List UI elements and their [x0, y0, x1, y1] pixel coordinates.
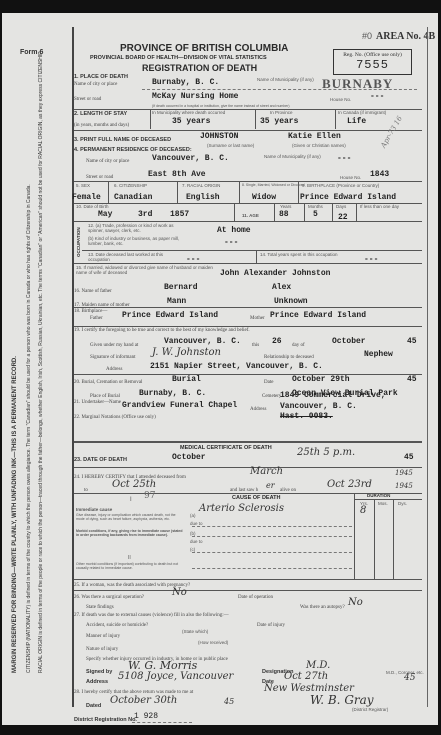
divider [150, 109, 151, 129]
citizenship-note: CITIZENSHIP (NATIONALITY) is defined in … [26, 184, 32, 673]
surname-label: (Surname or last name) [207, 143, 254, 148]
divider [177, 181, 178, 203]
q27-label: 27. If death was due to external causes … [74, 613, 229, 618]
sex-label: 5. SEX [76, 183, 90, 188]
divider [74, 590, 422, 591]
res-house-label: House No. [340, 175, 361, 180]
burial-type: Burial [172, 375, 201, 384]
autopsy-value: No [348, 597, 363, 608]
age-label: 11. AGE [242, 213, 259, 218]
day-of-label: day of [292, 343, 305, 348]
death-month: October [172, 453, 206, 462]
spouse-name: John Alexander Johnston [220, 269, 330, 278]
section-i: I [130, 497, 132, 503]
line-a-prefix: (a) [190, 513, 196, 518]
birthplace-value: Prince Edward Island [300, 193, 396, 202]
age-years-label: Years [280, 204, 291, 209]
alive-on: Oct 23rd [327, 479, 372, 490]
duration-title: DURATION [367, 493, 390, 498]
trade-value: At home [217, 226, 251, 235]
undertaker-address1: 1849 Commercial Drive, [280, 391, 386, 400]
certifier-address: 5108 Joyce, Vancouver [118, 671, 233, 682]
stay-province: 35 years [260, 117, 298, 126]
marginal-label: 22. Marginal Notations (Office use only) [74, 415, 156, 420]
autopsy-label: Was there an autopsy? [300, 605, 345, 610]
district-no-value: 1 928 [134, 712, 158, 721]
q26-value: No [172, 587, 187, 598]
burial-place-label: Place of Burial [90, 394, 120, 399]
other-label: Other morbid conditions (if important) c… [76, 562, 184, 570]
right-border [427, 27, 428, 707]
mother-birthplace: Prince Edward Island [270, 311, 366, 320]
registrar-signature: W. B. Gray [310, 693, 374, 707]
signed-by-label: Signed by [86, 669, 112, 675]
divider [234, 203, 235, 221]
lt-day-label: If less than one day [360, 204, 399, 209]
divider [74, 263, 422, 264]
dur-mos-label: Mos. [378, 501, 388, 506]
undertaker-name: Grandview Funeral Chapel [122, 401, 237, 410]
place-street: McKay Nursing Home [152, 92, 238, 101]
divider [298, 181, 299, 203]
divider [74, 579, 422, 580]
citizenship-label: 6. CITIZENSHIP [114, 183, 147, 188]
divider [393, 499, 394, 579]
age-days-label: Days [336, 204, 346, 209]
house-label: House No. [330, 97, 351, 102]
given-at-label: Given under my hand at [90, 343, 138, 348]
undertaker-address2: Vancouver, B. C. [280, 402, 357, 411]
relationship-value: Nephew [364, 350, 393, 359]
divider [256, 250, 257, 263]
stay-municipality: 35 years [172, 117, 210, 126]
divider [74, 130, 422, 131]
marital-value: Widow [252, 193, 276, 202]
mother-given: Unknown [274, 297, 308, 306]
street-label: Street or road [74, 97, 101, 102]
last-seen-suffix: er [266, 481, 275, 490]
dated-value: October 30th [110, 695, 177, 706]
informant-place: Vancouver, B. C. [164, 337, 241, 346]
burial-date: October 29th [292, 375, 350, 384]
stay-sub-label: (in years, months and days) [74, 123, 129, 128]
divider [354, 499, 422, 500]
divider [74, 467, 422, 468]
section-ii: II [128, 555, 131, 561]
divider [74, 181, 422, 182]
certifier-date: Oct 27th [284, 671, 328, 682]
death-registration-form: MARGIN RESERVED FOR BINDING—WRITE PLAINL… [2, 13, 438, 725]
mother-bp-label: Mother [250, 316, 265, 321]
municipality-label: Name of Municipality (if any) [257, 77, 314, 82]
alive-year: 1945 [395, 482, 413, 490]
attend-from: March [250, 466, 283, 477]
burial-place: Burnaby, B. C. [139, 389, 206, 398]
death-day: 25th 5 p.m. [297, 447, 355, 458]
racial-origin-note: RACIAL ORIGIN is defined in terms of the… [38, 51, 44, 673]
divider [354, 493, 355, 579]
op-date-label: Date of operation [238, 595, 273, 600]
attend-from-year: 1945 [395, 469, 413, 477]
birth-day: 3rd [138, 210, 152, 219]
signature-label: Signature of informant [90, 355, 136, 360]
margin-notice: MARGIN RESERVED FOR BINDING—WRITE PLAINL… [12, 356, 18, 673]
divider [274, 203, 275, 221]
burial-year: 45 [407, 375, 417, 384]
deceased-surname: JOHNSTON [200, 132, 238, 141]
divider [82, 250, 422, 251]
findings-label: State findings [86, 605, 114, 610]
birthplaces-label: 18. Birthplace— [74, 309, 107, 314]
death-year: 45 [404, 453, 414, 462]
attend-to: Oct 25th [112, 479, 156, 490]
divider [192, 536, 352, 537]
age-months: 5 [313, 210, 318, 219]
informant-day: 26 [272, 337, 282, 346]
industry-label: (b) Kind of industry or business, as pap… [88, 236, 188, 246]
occupation-side-label: OCCUPATION [76, 227, 81, 257]
immediate-desc: Give disease, injury or complication whi… [76, 513, 184, 521]
reg-number: 7555 [334, 58, 411, 72]
divider [142, 89, 417, 90]
informant-signature: J. W. Johnston [152, 347, 221, 358]
certify-label: 19. I certify the foregoing to be true a… [74, 328, 250, 333]
nature-label: Nature of injury [86, 647, 118, 652]
informant-address: 2151 Napier Street, Vancouver, B. C. [150, 362, 323, 371]
deceased-name-label: 3. PRINT FULL NAME OF DECEASED [74, 137, 171, 143]
divider [239, 181, 240, 203]
deceased-given: Katie Ellen [288, 132, 341, 141]
this-label: this [252, 343, 259, 348]
undertaker-address-label: Address [250, 407, 266, 412]
informant-year: 45 [407, 337, 417, 346]
manner-sub: (How received) [198, 640, 228, 645]
manner-label: Manner of injury [86, 634, 120, 639]
burial-date-label: Date [264, 380, 273, 385]
res-city-label: Name of city or place [86, 159, 129, 164]
racial-label: 7. RACIAL ORIGIN [182, 183, 220, 188]
place-of-death-label: 1. PLACE OF DEATH [74, 74, 128, 80]
divider [74, 221, 422, 222]
birth-year: 1857 [170, 210, 189, 219]
registrar-sig-label: (District Registrar) [352, 707, 388, 712]
accident-sub: (State which) [182, 629, 208, 634]
father-given: Alex [272, 283, 291, 292]
undertaker-phone: Hast. 0083. [280, 412, 333, 421]
due-to-b: due to [190, 539, 203, 544]
stay-province-label: In Province [270, 110, 293, 115]
divider [74, 307, 422, 308]
res-street-label: Street or road [86, 175, 113, 180]
burial-label: 20. Burial, Cremation or Removal [74, 380, 142, 385]
injury-date-label: Date of injury [257, 623, 285, 628]
birth-date-label: 10. Date of Birth [76, 204, 109, 209]
res-street: East 8th Ave [148, 170, 206, 179]
date-of-death-label: 23. DATE OF DEATH [74, 457, 127, 463]
cemetery-label: Cemetery [262, 394, 281, 399]
informant-month: October [332, 337, 366, 346]
q26-label: 26. Was there a surgical operation? [74, 595, 144, 600]
age-months-label: Months [308, 204, 323, 209]
last-worked-label: 13. Date deceased last worked at this oc… [88, 252, 168, 262]
morbid-label: Morbid conditions, if any, giving rise t… [76, 529, 184, 537]
place-house: --- [370, 92, 384, 101]
res-municipality: --- [337, 154, 351, 163]
racial-value: English [186, 193, 220, 202]
informant-address-label: Address [106, 367, 122, 372]
divider [255, 109, 256, 129]
given-label: (Given or Christian names) [292, 143, 346, 148]
designation-value: M.D. [306, 660, 330, 671]
binding-margin: MARGIN RESERVED FOR BINDING—WRITE PLAINL… [8, 133, 68, 693]
relationship-label: Relationship to deceased [264, 355, 314, 360]
cause-title: CAUSE OF DEATH [232, 495, 280, 501]
dated-year: 45 [224, 697, 234, 706]
trade-label: 12. (a) Trade, profession or kind of wor… [88, 223, 188, 233]
marital-label: 8. Single, Married, Widowed or Divorced [242, 183, 305, 187]
form-number: Form 6 [20, 49, 43, 56]
place-note: (If death occurred in a hospital or inst… [152, 104, 290, 108]
divider [74, 374, 422, 375]
reg-number-box: Reg. No. (Office use only) 7555 [333, 49, 412, 75]
divider [74, 326, 422, 327]
registration-title: REGISTRATION OF DEATH [142, 63, 257, 73]
length-of-stay-label: 2. LENGTH OF STAY [74, 111, 127, 117]
cause-annotation: 97 [144, 491, 155, 501]
birth-month: May [98, 210, 112, 219]
immediate-cause: Arterio Sclerosis [199, 503, 284, 514]
father-surname: Bernard [164, 283, 198, 292]
years-spent-label: 14. Total years spent in this occupation [260, 252, 340, 257]
divider [356, 203, 357, 221]
stay-muni-label: In Municipality where death occurred [152, 110, 225, 115]
stay-canada: Life [347, 117, 366, 126]
immediate-label: Immediate cause [76, 507, 112, 512]
divider [335, 109, 336, 129]
res-house: 1843 [370, 170, 389, 179]
medical-title: MEDICAL CERTIFICATE OF DEATH [180, 445, 272, 451]
district-no-label: District Registration No. [74, 717, 137, 723]
divider [332, 203, 333, 221]
father-birthplace: Prince Edward Island [122, 311, 218, 320]
divider [108, 181, 109, 203]
board-title: PROVINCIAL BOARD OF HEALTH—DIVISION OF V… [90, 55, 267, 61]
dated-label: Dated [86, 703, 101, 709]
divider [132, 722, 192, 723]
mother-surname: Mann [167, 297, 186, 306]
divider [192, 526, 352, 527]
divider [304, 203, 305, 221]
father-bp-label: Father [90, 316, 103, 321]
res-muni-label: Name of Municipality (if any) [264, 154, 321, 159]
divider [192, 568, 352, 569]
divider [74, 441, 422, 443]
dur-dys-label: Dys. [398, 501, 407, 506]
father-label: 16. Name of father [74, 289, 112, 294]
industry-value: --- [224, 238, 238, 247]
certifier-year: 45 [404, 673, 415, 683]
birthplace-label: 9. BIRTHPLACE (Province or Country) [302, 183, 379, 188]
province-title: PROVINCE OF BRITISH COLUMBIA [120, 43, 288, 54]
city-label: Name of city or place [74, 82, 117, 87]
res-city: Vancouver, B. C. [152, 154, 229, 163]
undertaker-label: 21. Undertaker—Name [74, 400, 121, 405]
accident-label: Accident, suicide or homicide? [86, 623, 148, 628]
age-years: 88 [279, 210, 289, 219]
certifier-address-label: Address [86, 679, 108, 685]
residence-label: 4. PERMANENT RESIDENCE OF DECEASED: [74, 147, 192, 153]
sex-value: Female [72, 193, 101, 202]
stay-canada-label: In Canada (if immigrant) [338, 110, 386, 115]
spouse-label: 15. If married, widowed or divorced give… [76, 265, 216, 275]
immediate-duration-yrs: 8 [360, 505, 366, 516]
divider [192, 552, 352, 553]
divider [374, 499, 375, 579]
place-city: Burnaby, B. C. [152, 78, 219, 87]
citizenship-value: Canadian [114, 193, 152, 202]
